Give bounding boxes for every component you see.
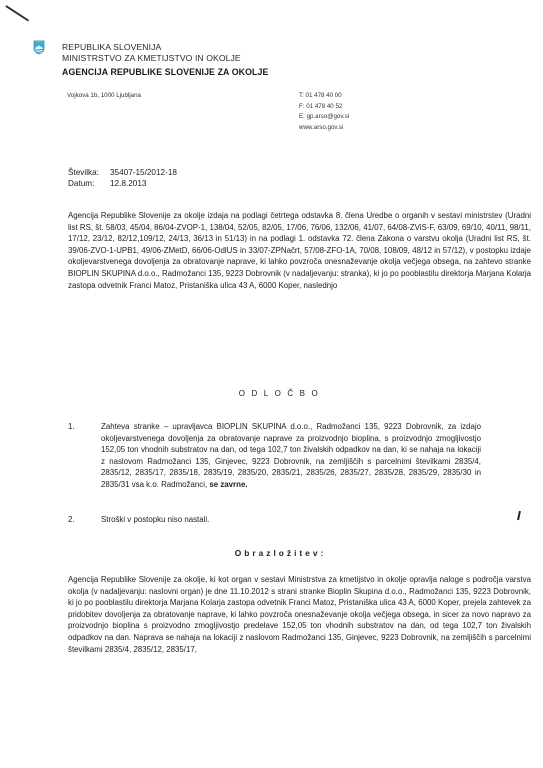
number-label: Številka: xyxy=(68,168,110,179)
letterhead-republic: REPUBLIKA SLOVENIJA xyxy=(62,42,161,52)
decision-item-emphasis: se zavrne. xyxy=(209,480,247,489)
document-meta: Številka: 35407-15/2012-18 Datum: 12.8.2… xyxy=(68,168,177,189)
decision-item: 2. Stroški v postopku niso nastali. xyxy=(68,514,531,526)
date-label: Datum: xyxy=(68,179,110,190)
contact-fax: F: 01 478 40 52 xyxy=(299,102,349,113)
letterhead-address: Vojkova 1b, 1000 Ljubljana xyxy=(67,92,141,99)
letterhead-ministry: MINISTRSTVO ZA KMETIJSTVO IN OKOLJE xyxy=(62,53,241,63)
decision-title: ODLOČBO xyxy=(0,389,543,398)
slovenia-coat-of-arms-icon xyxy=(33,40,45,55)
reasoning-title: Obrazložitev: xyxy=(0,548,543,558)
date-value: 12.8.2013 xyxy=(110,179,146,190)
intro-paragraph: Agencija Republike Slovenije za okolje i… xyxy=(68,210,531,291)
decision-item-body: Zahteva stranke – upravljavca BIOPLIN SK… xyxy=(101,422,481,489)
number-value: 35407-15/2012-18 xyxy=(110,168,177,179)
reasoning-paragraph: Agencija Republike Slovenije za okolje, … xyxy=(68,574,531,655)
contact-website[interactable]: www.arso.gov.si xyxy=(299,123,349,134)
letterhead-agency: AGENCIJA REPUBLIKE SLOVENIJE ZA OKOLJE xyxy=(62,67,268,77)
decision-item: 1. Zahteva stranke – upravljavca BIOPLIN… xyxy=(68,421,531,491)
contact-email[interactable]: E: gp.arso@gov.si xyxy=(299,112,349,123)
scan-artifact-line xyxy=(6,5,29,21)
contact-block: T: 01 478 40 00 F: 01 478 40 52 E: gp.ar… xyxy=(299,91,349,133)
decision-item-number: 1. xyxy=(68,421,101,491)
decision-item-number: 2. xyxy=(68,514,101,526)
decision-item-body: Stroški v postopku niso nastali. xyxy=(101,515,209,524)
decision-item-text: Stroški v postopku niso nastali. xyxy=(101,514,481,526)
contact-phone: T: 01 478 40 00 xyxy=(299,91,349,102)
decision-item-text: Zahteva stranke – upravljavca BIOPLIN SK… xyxy=(101,421,481,491)
